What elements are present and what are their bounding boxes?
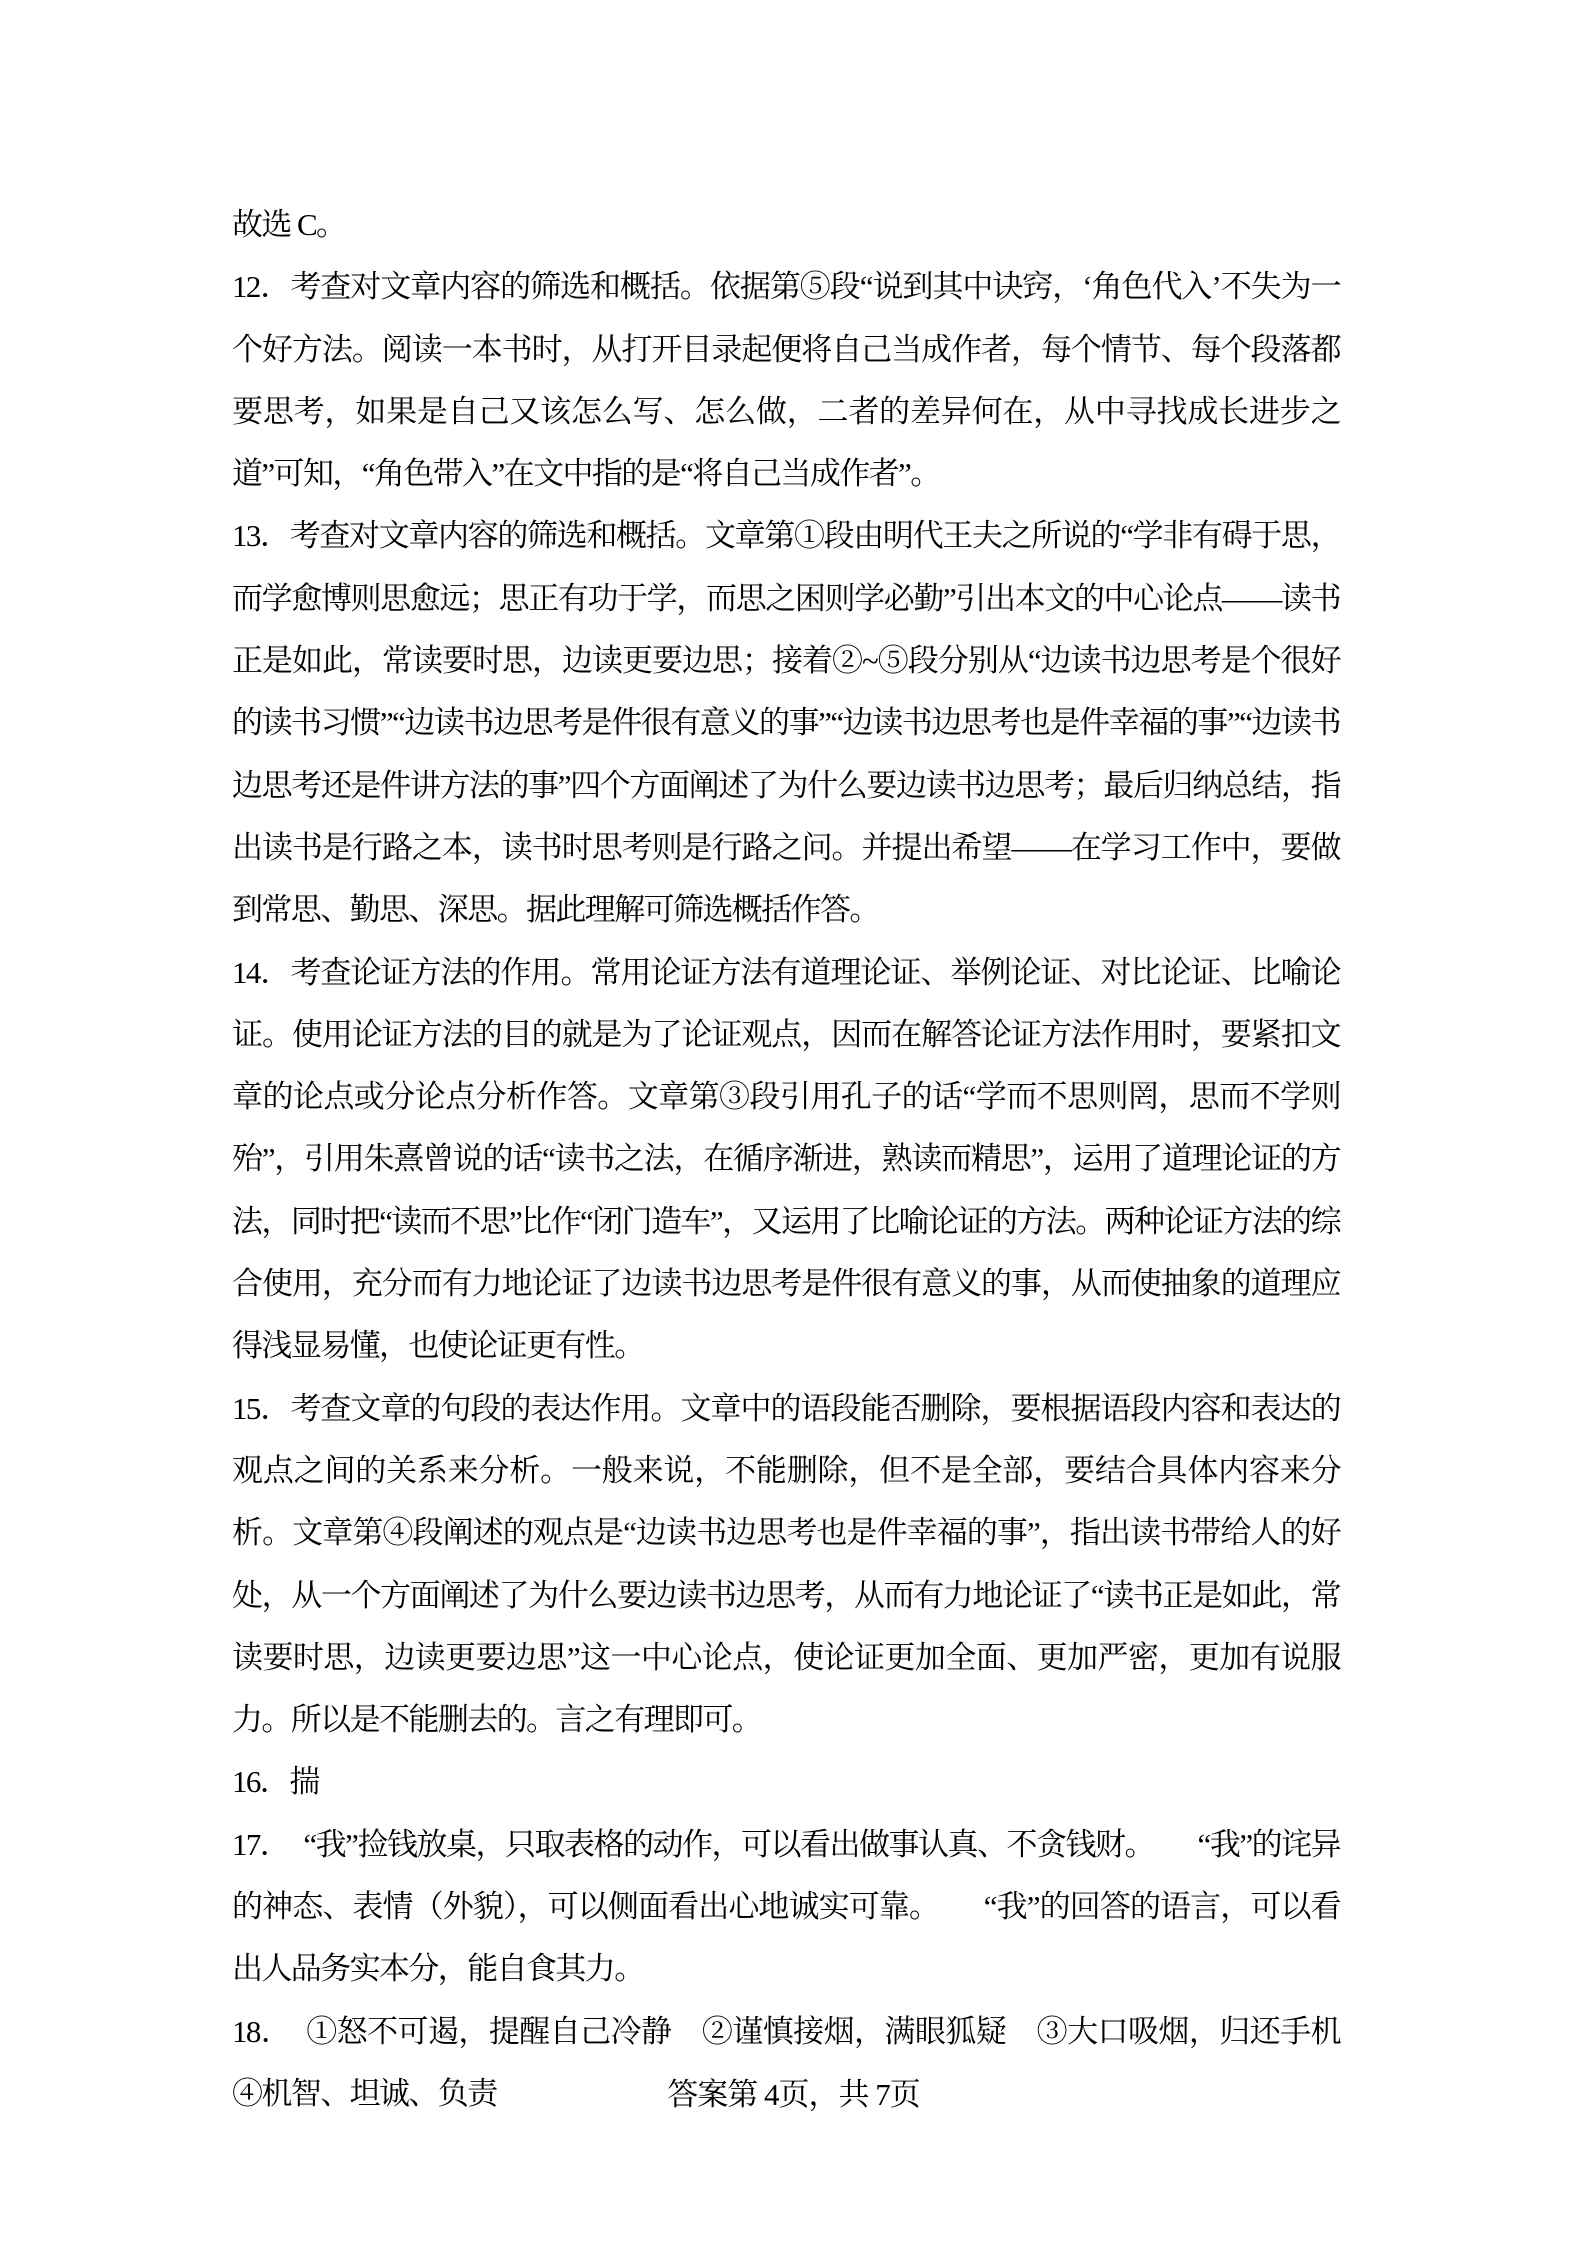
answer-item-14: 14．考查论证方法的作用。常用论证方法有道理论证、举例论证、对比论证、比喻论证。… bbox=[232, 942, 1340, 1378]
answers-text-block: 故选 C。 12．考查对文章内容的筛选和概括。依据第⑤段“说到其中诀窍，‘角色代… bbox=[232, 194, 1340, 2125]
document-page: 故选 C。 12．考查对文章内容的筛选和概括。依据第⑤段“说到其中诀窍，‘角色代… bbox=[0, 0, 1587, 2245]
answer-item-15: 15．考查文章的句段的表达作用。文章中的语段能否删除，要根据语段内容和表达的观点… bbox=[232, 1378, 1340, 1752]
answer-item-17: 17． “我”捡钱放桌，只取表格的动作，可以看出做事认真、不贪钱财。 “我”的诧… bbox=[232, 1814, 1340, 2001]
answer-item-13: 13．考查对文章内容的筛选和概括。文章第①段由明代王夫之所说的“学非有碍于思，而… bbox=[232, 505, 1340, 941]
answer-11-conclusion: 故选 C。 bbox=[232, 194, 1340, 256]
answer-item-12: 12．考查对文章内容的筛选和概括。依据第⑤段“说到其中诀窍，‘角色代入’不失为一… bbox=[232, 256, 1340, 505]
page-footer: 答案第 4页，共 7页 bbox=[0, 2075, 1587, 2115]
answer-item-16: 16．揣 bbox=[232, 1751, 1340, 1813]
